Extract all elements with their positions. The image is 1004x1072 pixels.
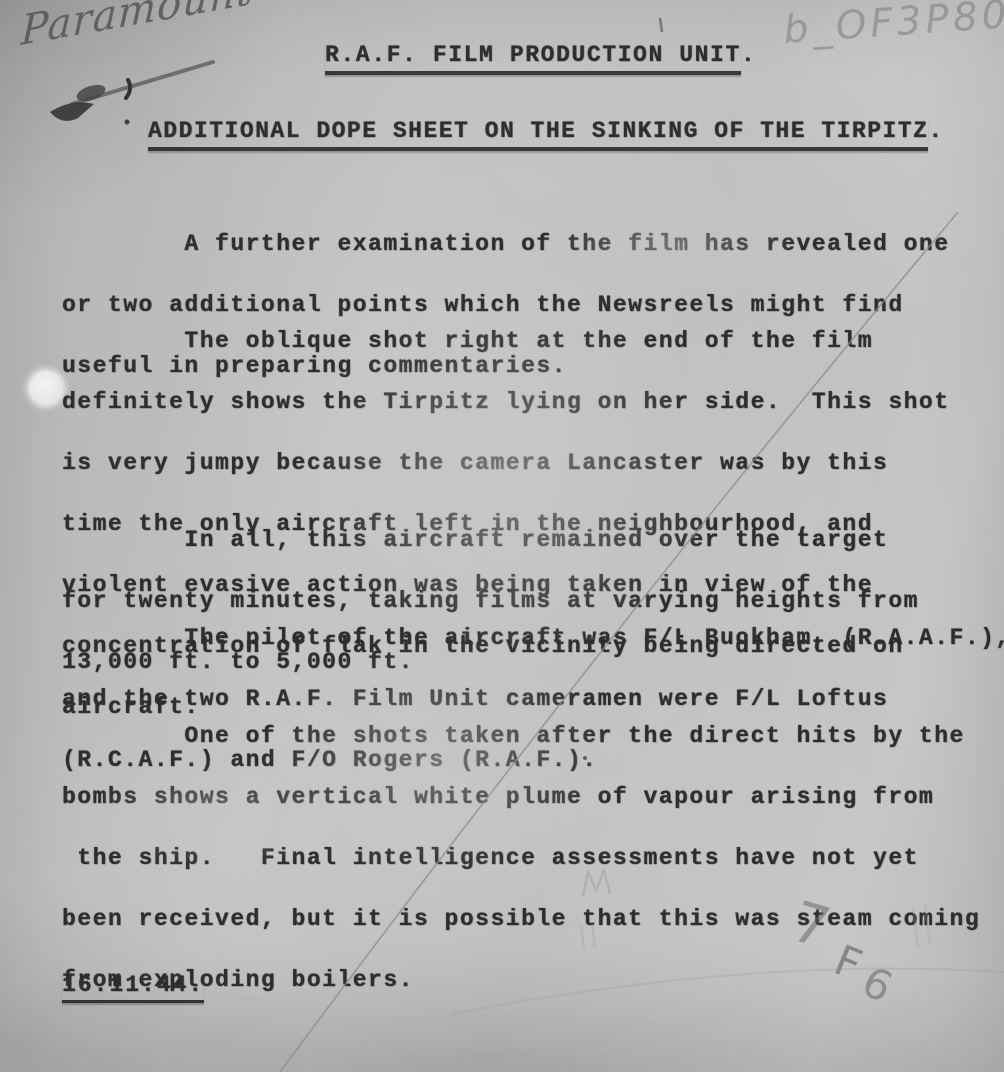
hole-punch [29, 371, 63, 405]
mirrored-pencil-number: b_OF3P80 [782, 0, 1004, 53]
date-stamp: 16.11.44. [62, 972, 204, 998]
typed-line: A further examination of the film has re… [62, 232, 950, 257]
document-subtitle: ADDITIONAL DOPE SHEET ON THE SINKING OF … [148, 118, 944, 144]
document-subtitle-period: . [928, 118, 943, 144]
handwritten-paramount-note: Paramount [20, 0, 254, 55]
page-title-text: R.A.F. FILM PRODUCTION UNIT [325, 42, 741, 75]
typed-line: definitely shows the Tirpitz lying on he… [62, 390, 950, 415]
typed-line: The pilot of the aircraft was F/L Buckha… [62, 626, 1004, 651]
page-title: R.A.F. FILM PRODUCTION UNIT. [325, 42, 756, 68]
typed-line: One of the shots taken after the direct … [62, 724, 980, 749]
date-text: 16.11.44. [62, 972, 204, 1003]
typed-line: been received, but it is possible that t… [62, 907, 980, 932]
ink-dot [125, 120, 130, 125]
typed-line: bombs shows a vertical white plume of va… [62, 785, 980, 810]
ink-blob-arrow [50, 102, 94, 121]
typed-line: In all, this aircraft remained over the … [62, 528, 919, 553]
typed-line: The oblique shot right at the end of the… [62, 329, 950, 354]
typed-line: is very jumpy because the camera Lancast… [62, 451, 950, 476]
speck [660, 18, 662, 32]
document-page: R.A.F. FILM PRODUCTION UNIT. ADDITIONAL … [0, 0, 1004, 1072]
typed-line: the ship. Final intelligence assessments… [62, 846, 980, 871]
document-subtitle-text: ADDITIONAL DOPE SHEET ON THE SINKING OF … [148, 118, 928, 151]
page-title-period: . [741, 42, 756, 68]
ink-tick [126, 80, 130, 98]
pencil-stroke [72, 62, 213, 104]
ink-blob [75, 82, 108, 105]
